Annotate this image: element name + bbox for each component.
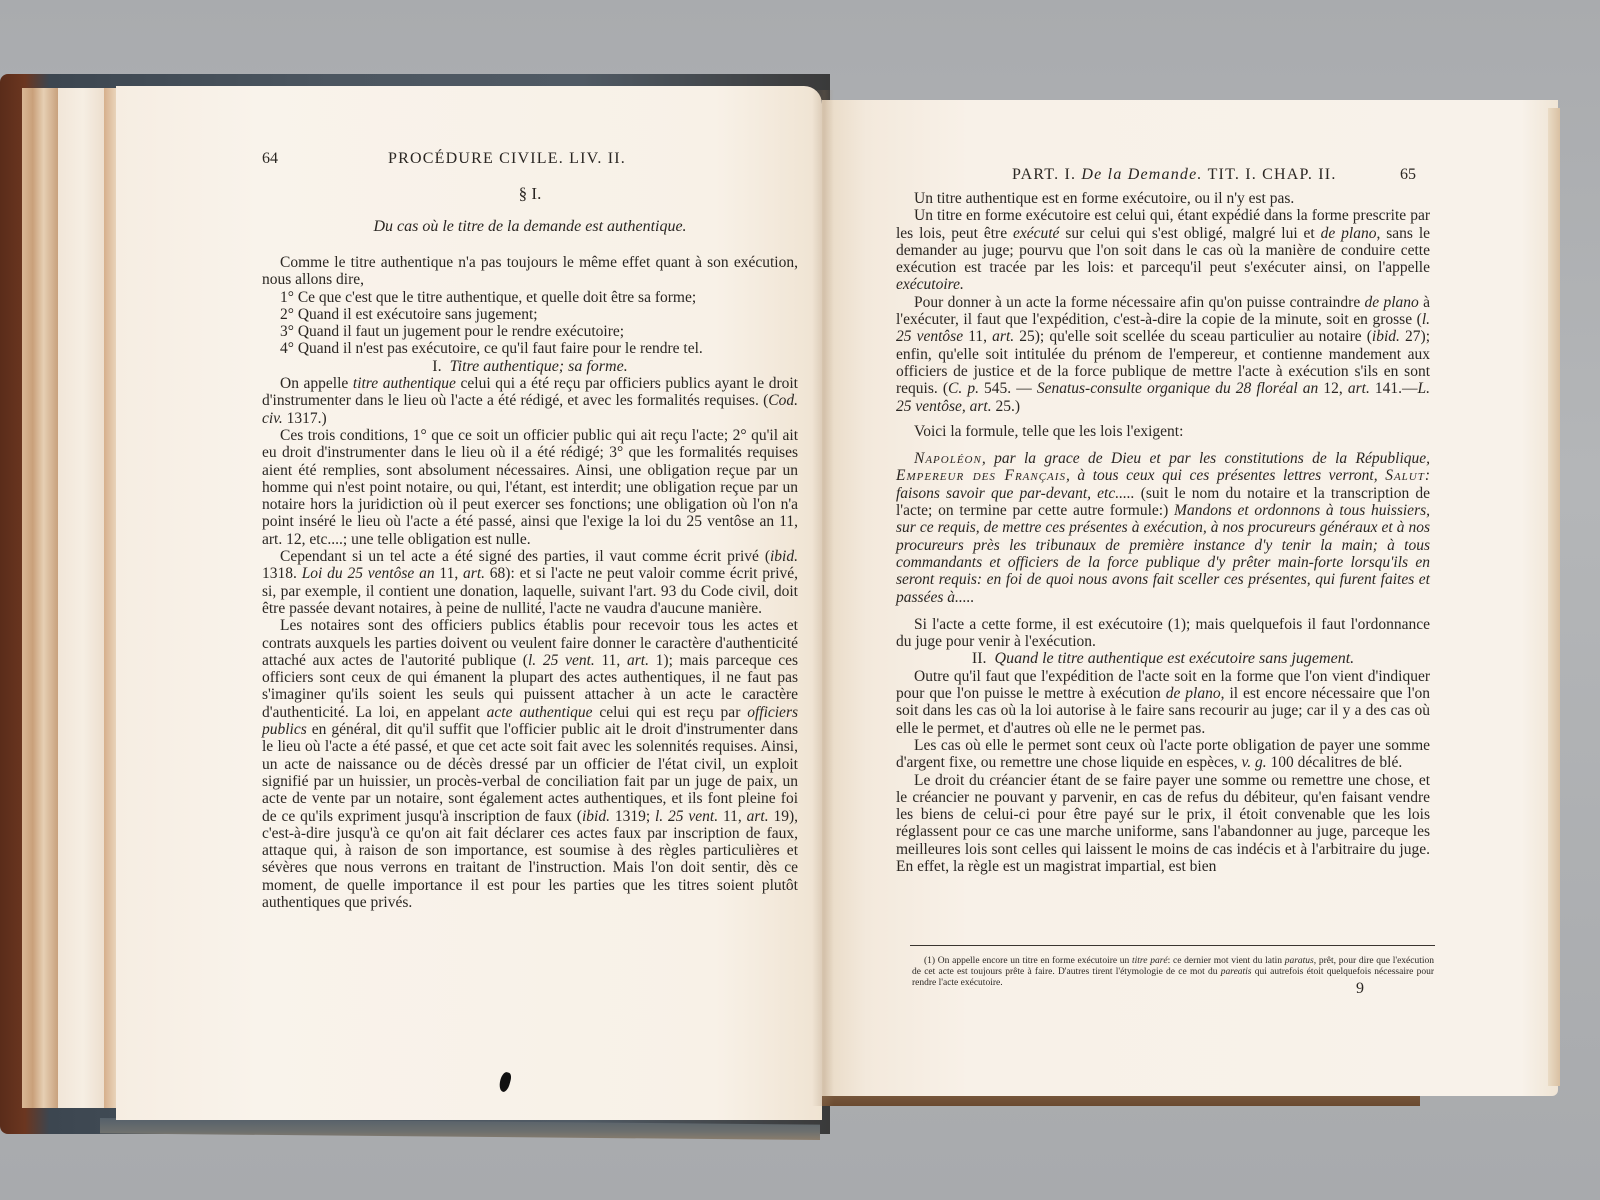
- paragraph: Voici la formule, telle que les lois l'e…: [896, 423, 1430, 440]
- paragraph: On appelle titre authentique celui qui a…: [262, 375, 798, 427]
- text-italic: ibid.: [1372, 328, 1400, 345]
- left-page-body: Comme le titre authentique n'a pas toujo…: [262, 254, 798, 911]
- text-italic: ibid.: [582, 808, 610, 825]
- text: 1319;: [610, 808, 655, 825]
- running-head-left: PROCÉDURE CIVILE. LIV. II.: [388, 150, 626, 168]
- paragraph: Outre qu'il faut que l'expédition de l'a…: [896, 668, 1430, 737]
- right-page-edge: [1548, 108, 1560, 1086]
- text-italic: exécuté: [1013, 225, 1059, 242]
- signature-mark: 9: [1356, 980, 1364, 998]
- running-head-right: PART. I. De la Demande. TIT. I. CHAP. II…: [1012, 166, 1337, 184]
- paragraph: Le droit du créancier étant de se faire …: [896, 772, 1430, 876]
- text-italic: exécutoire.: [896, 276, 964, 293]
- formula-paragraph: Napoléon, par la grace de Dieu et par le…: [896, 450, 1430, 606]
- page-stack-edge: [22, 88, 58, 1108]
- text: (1) On appelle encore un titre en forme …: [924, 956, 1132, 966]
- section-title: Du cas où le titre de la demande est aut…: [262, 218, 798, 236]
- page-stack-inner: [104, 88, 116, 1108]
- text: 11,: [718, 808, 747, 825]
- text-italic: Senatus-consulte organique du 28 floréal…: [1037, 380, 1318, 397]
- text-italic: de plano: [1365, 294, 1419, 311]
- list-item: 3° Quand il faut un jugement pour le ren…: [262, 323, 798, 340]
- paragraph: Un titre en forme exécutoire est celui q…: [896, 207, 1430, 293]
- subheading: I. Titre authentique; sa forme.: [262, 358, 798, 375]
- text-italic: titre authentique: [353, 375, 456, 392]
- text-smallcaps: Salut: [1385, 467, 1425, 484]
- text: 1317.): [283, 410, 327, 427]
- text-italic: titre paré: [1132, 956, 1168, 966]
- text-italic: v. g.: [1242, 754, 1267, 771]
- page-number-right: 65: [1400, 166, 1416, 184]
- text-italic: art.: [627, 652, 649, 669]
- subheading: II. Quand le titre authentique est exécu…: [896, 650, 1430, 667]
- text-italic: , par la grace de Dieu et par les consti…: [982, 450, 1430, 467]
- text-italic: de plano: [1321, 225, 1377, 242]
- text: On appelle: [280, 375, 353, 392]
- text-italic: l. 25 vent.: [528, 652, 595, 669]
- text: 141.—: [1370, 380, 1418, 397]
- text: 25.): [992, 398, 1020, 415]
- text-italic: de plano: [1166, 685, 1221, 702]
- paragraph: Un titre authentique est en forme exécut…: [896, 190, 1430, 207]
- paragraph: Les notaires sont des officiers publics …: [262, 617, 798, 911]
- page-number-left: 64: [262, 150, 278, 168]
- text-italic: art.: [1348, 380, 1370, 397]
- book-photo: 64 PROCÉDURE CIVILE. LIV. II. § I. Du ca…: [0, 0, 1600, 1200]
- text-italic: paratus: [1285, 956, 1314, 966]
- page-stack-flyleaf: [58, 88, 108, 1108]
- text: celui qui est reçu par: [593, 704, 748, 721]
- text-italic: Loi du 25 ventôse an: [302, 565, 435, 582]
- subheading-title: Quand le titre authentique est exécutoir…: [995, 650, 1355, 667]
- text: 25); qu'elle soit scellée du sceau parti…: [1014, 328, 1372, 345]
- text: 11,: [435, 565, 463, 582]
- list-item: 1° Ce que c'est que le titre authentique…: [262, 289, 798, 306]
- text: 12,: [1318, 380, 1348, 397]
- text-smallcaps: Napoléon: [914, 450, 982, 467]
- list-item: 4° Quand il n'est pas exécutoire, ce qu'…: [262, 340, 798, 357]
- text-italic: pareatis: [1221, 967, 1252, 977]
- paragraph: Cependant si un tel acte a été signé des…: [262, 548, 798, 617]
- paragraph: Pour donner à un acte la forme nécessair…: [896, 294, 1430, 415]
- text: 545. —: [979, 380, 1037, 397]
- section-sign: § I.: [262, 184, 798, 204]
- text: 11,: [963, 328, 992, 345]
- text-italic: De la Demande.: [1081, 166, 1202, 183]
- text: PART. I.: [1012, 166, 1076, 183]
- subheading-title: Titre authentique; sa forme.: [450, 358, 628, 375]
- text-italic: acte authentique: [487, 704, 593, 721]
- book-gutter: [812, 90, 834, 1106]
- text: 11,: [595, 652, 627, 669]
- text-smallcaps: Empereur des Français: [896, 467, 1066, 484]
- list-item: 2° Quand il est exécutoire sans jugement…: [262, 306, 798, 323]
- text-italic: C. p.: [948, 380, 979, 397]
- text-italic: , à tous ceux qui ces présentes lettres …: [1066, 467, 1385, 484]
- subheading-number: I.: [432, 358, 441, 375]
- text: Pour donner à un acte la forme nécessair…: [914, 294, 1365, 311]
- paragraph: Les cas où elle le permet sont ceux où l…: [896, 737, 1430, 772]
- text: : ce dernier mot vient du latin: [1168, 956, 1285, 966]
- text: sur celui qui s'est obligé, malgré lui e…: [1059, 225, 1320, 242]
- text-italic: l. 25 vent.: [655, 808, 718, 825]
- intro-paragraph: Comme le titre authentique n'a pas toujo…: [262, 254, 798, 289]
- right-page-body: Un titre authentique est en forme exécut…: [896, 190, 1430, 875]
- paragraph: Ces trois conditions, 1° que ce soit un …: [262, 427, 798, 548]
- text: TIT. I. CHAP. II.: [1208, 166, 1337, 183]
- text-italic: art.: [747, 808, 769, 825]
- text-italic: art.: [463, 565, 485, 582]
- footnote-rule: [910, 945, 1435, 946]
- text: Cependant si un tel acte a été signé des…: [280, 548, 770, 565]
- text: 1318.: [262, 565, 302, 582]
- subheading-number: II.: [972, 650, 987, 667]
- text-italic: art.: [992, 328, 1014, 345]
- text: 100 décalitres de blé.: [1267, 754, 1403, 771]
- text-italic: ibid.: [770, 548, 798, 565]
- paragraph: Si l'acte a cette forme, il est exécutoi…: [896, 616, 1430, 651]
